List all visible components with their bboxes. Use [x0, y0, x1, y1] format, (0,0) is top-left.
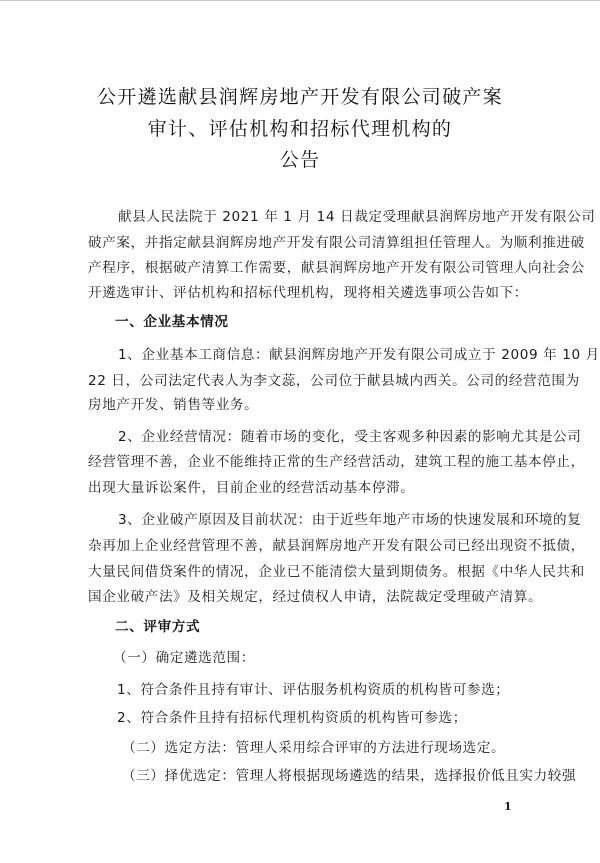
page-top-edge — [0, 0, 600, 1]
title-line-3: 公告 — [0, 148, 600, 172]
paragraph-line: 国企业破产法》及相关规定，经过债权人申请，法院裁定受理破产清算。 — [88, 588, 508, 606]
title-line-2: 审计、评估机构和招标代理机构的 — [0, 117, 600, 141]
paragraph-line: 献县人民法院于 2021 年 1 月 14 日裁定受理献县润辉房地产开发有限公司 — [118, 208, 508, 226]
paragraph-line: 经营管理不善，企业不能维持正常的生产经营活动，建筑工程的施工基本停止， — [88, 453, 508, 471]
paragraph-line: 房地产开发、销售等业务。 — [88, 396, 508, 414]
subsection-selection: （三）择优选定：管理人将根据现场遴选的结果，选择报价低且实力较强 — [122, 767, 508, 785]
scope-item-tender-agency: 2、符合条件且持有招标代理机构资质的机构皆可参选； — [117, 709, 467, 727]
subsection-method: （二）选定方法：管理人采用综合评审的方法进行现场选定。 — [122, 739, 505, 757]
subsection-scope: （一）确定遴选范围： — [113, 649, 255, 667]
title-line-1: 公开遴选献县润辉房地产开发有限公司破产案 — [0, 85, 600, 109]
paragraph-line: 破产案，并指定献县润辉房地产开发有限公司清算组担任管理人。为顺利推进破 — [88, 234, 508, 252]
paragraph-line: 3、企业破产原因及目前状况：由于近些年地产市场的快速发展和环境的复 — [118, 511, 508, 529]
paragraph-line: 大量民间借贷案件的情况，企业已不能清偿大量到期债务。根据《中华人民共和 — [88, 563, 508, 581]
paragraph-line: 杂再加上企业经营管理不善，献县润辉房地产开发有限公司已经出现资不抵债， — [88, 537, 508, 555]
scope-item-audit: 1、符合条件且持有审计、评估服务机构资质的机构皆可参选； — [117, 681, 509, 699]
section-heading-1: 一、企业基本情况 — [115, 313, 229, 331]
section-heading-2: 二、评审方式 — [115, 618, 200, 636]
page-number: 1 — [504, 800, 512, 813]
paragraph-line: 1、企业基本工商信息：献县润辉房地产开发有限公司成立于 2009 年 10 月 — [118, 346, 508, 364]
paragraph-line: 开遴选审计、评估机构和招标代理机构，现将相关遴选事项公告如下： — [88, 284, 508, 302]
paragraph-line: 22 日，公司法定代表人为李文蕊，公司位于献县城内西关。公司的经营范围为 — [88, 372, 508, 390]
paragraph-line: 出现大量诉讼案件，目前企业的经营活动基本停滞。 — [88, 479, 508, 497]
paragraph-line: 2、企业经营情况：随着市场的变化，受主客观多种因素的影响尤其是公司 — [118, 428, 508, 446]
paragraph-line: 产程序，根据破产清算工作需要，献县润辉房地产开发有限公司管理人向社会公 — [88, 259, 508, 277]
